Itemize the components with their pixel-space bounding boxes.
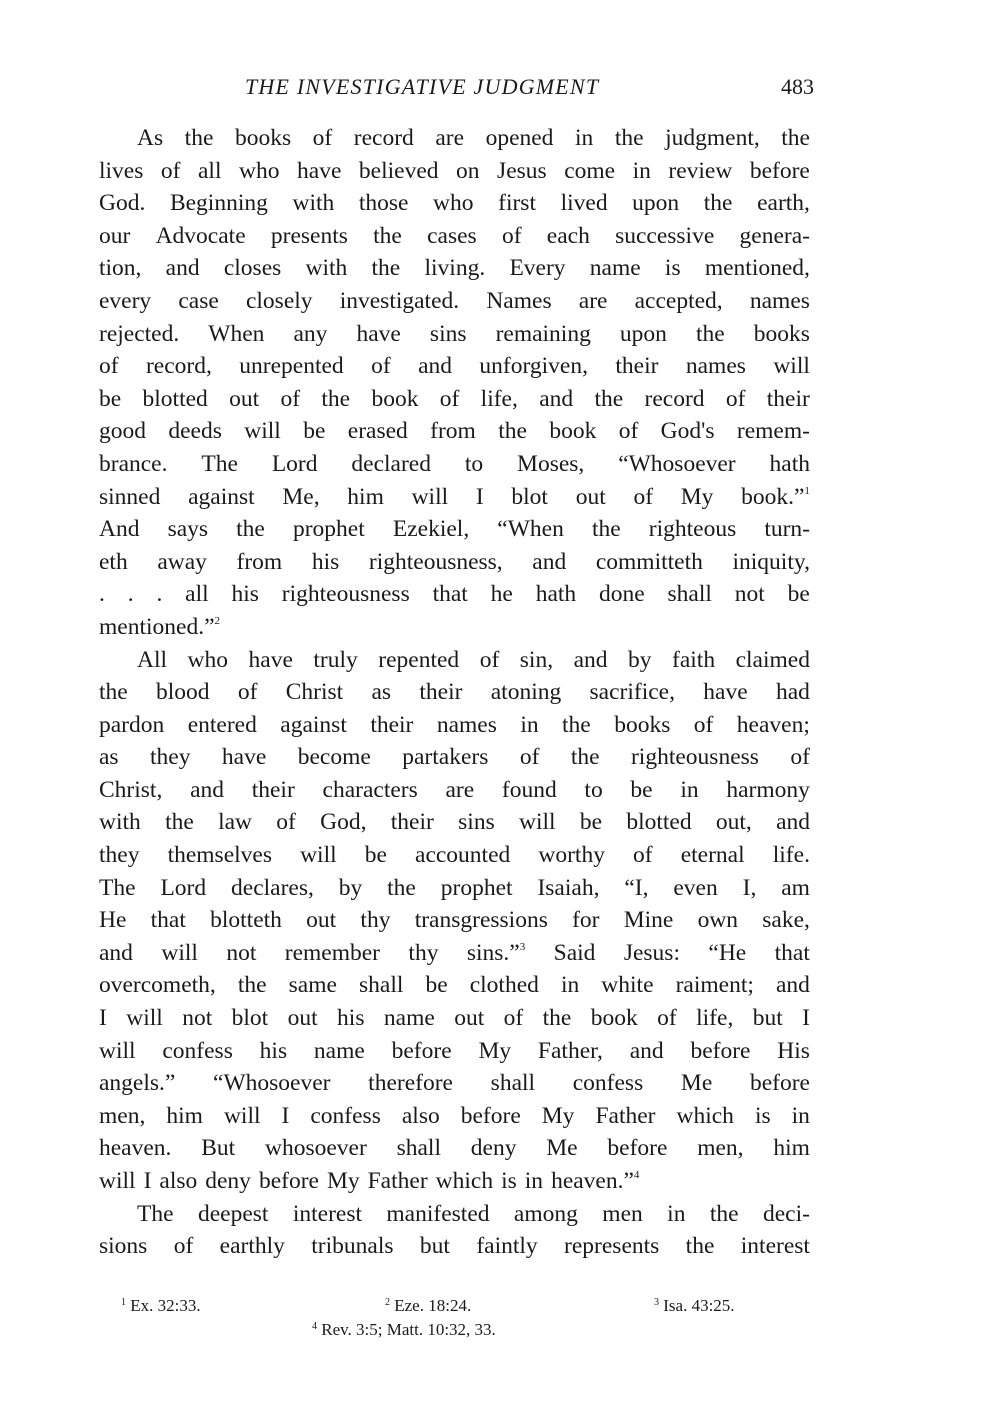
running-title: THE INVESTIGATIVE JUDGMENT [245, 74, 599, 100]
text-line: beblottedoutofthebookoflife,andtherecord… [99, 383, 810, 416]
text-line: ofrecord,unrepentedofandunforgiven,their… [99, 350, 810, 383]
text-line: andwillnotrememberthysins.”3SaidJesus:“H… [99, 937, 810, 970]
footnote-3: 3 Isa. 43:25. [654, 1296, 735, 1316]
text-line: sionsofearthlytribunalsbutfaintlyreprese… [99, 1230, 810, 1263]
text-line: men,himwillIconfessalsobeforeMyFatherwhi… [99, 1100, 810, 1133]
text-line: everycasecloselyinvestigated.Namesareacc… [99, 285, 810, 318]
text-line: sinnedagainstMe,himwillIblotoutofMybook.… [99, 481, 810, 514]
text-line: Christ,andtheircharactersarefoundtobeinh… [99, 774, 810, 807]
text-line: withthelawofGod,theirsinswillbeblottedou… [99, 806, 810, 839]
text-line: AndsaystheprophetEzekiel,“Whentherighteo… [99, 513, 810, 546]
text-line: rejected.Whenanyhavesinsremaininguponthe… [99, 318, 810, 351]
footnote-text: Rev. 3:5; Matt. 10:32, 33. [321, 1320, 496, 1339]
text-line: willIalsodenybeforeMyFatherwhichisinheav… [99, 1165, 810, 1198]
book-page: THE INVESTIGATIVE JUDGMENT 483 Asthebook… [0, 0, 1000, 1412]
text-line: Thedeepestinterestmanifestedamongmeninth… [99, 1198, 810, 1231]
text-line: theythemselveswillbeaccountedworthyofete… [99, 839, 810, 872]
text-line: TheLorddeclares,bytheprophetIsaiah,“I,ev… [99, 872, 810, 905]
text-line: angels.”“WhosoeverthereforeshallconfessM… [99, 1067, 810, 1100]
text-line: God.Beginningwiththosewhofirstlivedupont… [99, 187, 810, 220]
text-line: tion,andcloseswiththeliving.Everynameism… [99, 252, 810, 285]
footnote-text: Ex. 32:33. [130, 1296, 200, 1315]
footnote-text: Isa. 43:25. [663, 1296, 734, 1315]
text-line: ...allhisrighteousnessthathehathdoneshal… [99, 578, 810, 611]
text-line: ethawayfromhisrighteousness,andcommittet… [99, 546, 810, 579]
body-text: Asthebooksofrecordareopenedinthejudgment… [99, 122, 810, 1263]
text-line: Iwillnotblotouthisnameoutofthebookoflife… [99, 1002, 810, 1035]
text-line: willconfesshisnamebeforeMyFather,andbefo… [99, 1035, 810, 1068]
running-header: THE INVESTIGATIVE JUDGMENT 483 [100, 74, 814, 104]
footnote-mark: 4 [312, 1321, 317, 1332]
text-line: astheyhavebecomepartakersoftherighteousn… [99, 741, 810, 774]
footnote-mark: 1 [121, 1297, 126, 1308]
text-line: HethatblottethoutthytransgressionsforMin… [99, 904, 810, 937]
text-line: Allwhohavetrulyrepentedofsin,andbyfaithc… [99, 644, 810, 677]
footnote-mark: 2 [385, 1297, 390, 1308]
text-line: brance.TheLorddeclaredtoMoses,“Whosoever… [99, 448, 810, 481]
text-line: heaven.ButwhosoevershalldenyMebeforemen,… [99, 1132, 810, 1165]
footnote-4: 4 Rev. 3:5; Matt. 10:32, 33. [312, 1320, 496, 1340]
text-line: thebloodofChristastheiratoningsacrifice,… [99, 676, 810, 709]
text-line: pardonenteredagainsttheirnamesinthebooks… [99, 709, 810, 742]
footnote-text: Eze. 18:24. [394, 1296, 471, 1315]
text-line: ourAdvocatepresentsthecasesofeachsuccess… [99, 220, 810, 253]
text-line: livesofallwhohavebelievedonJesuscomeinre… [99, 155, 810, 188]
text-line: mentioned.”2 [99, 611, 810, 644]
text-line: overcometh,thesameshallbeclothedinwhiter… [99, 969, 810, 1002]
footnote-1: 1 Ex. 32:33. [121, 1296, 201, 1316]
footnotes: 1 Ex. 32:33. 2 Eze. 18:24. 3 Isa. 43:25.… [99, 1296, 810, 1344]
text-line: gooddeedswillbeerasedfromthebookofGod'sr… [99, 415, 810, 448]
footnote-mark: 3 [654, 1297, 659, 1308]
text-line: Asthebooksofrecordareopenedinthejudgment… [99, 122, 810, 155]
footnote-2: 2 Eze. 18:24. [385, 1296, 471, 1316]
page-number: 483 [781, 74, 814, 100]
